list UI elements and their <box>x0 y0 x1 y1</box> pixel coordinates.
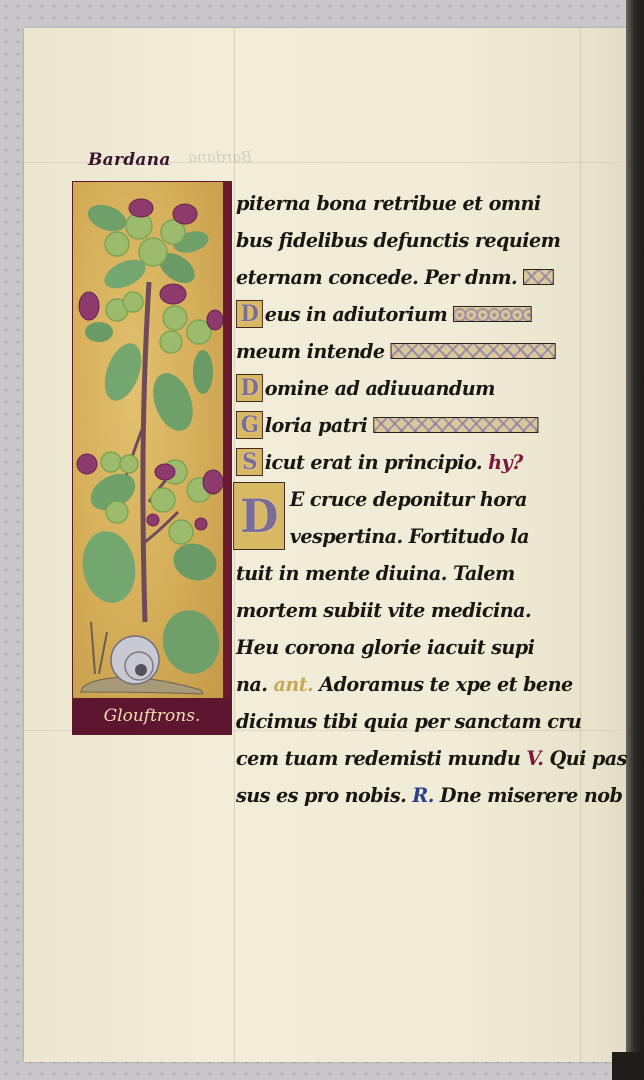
line-text: omine ad adiuuandum <box>265 376 495 400</box>
text-line: Domine ad adiuuandum <box>236 369 572 406</box>
text-line: bus fidelibus defunctis requiem <box>236 221 572 258</box>
line-filler-ornament <box>453 306 532 322</box>
text-line: Deus in adiutorium <box>236 295 572 332</box>
line-filler-ornament <box>373 417 538 433</box>
line-text: na. <box>236 672 267 696</box>
line-text: dicimus tibi quia per sanctam cru <box>236 709 581 733</box>
rubric-antiphon-marker: ant. <box>273 672 313 696</box>
line-text: bus fidelibus defunctis requiem <box>236 228 560 252</box>
line-text: tuit in mente diuina. Talem <box>236 561 515 585</box>
book-binding-gutter <box>626 0 644 1080</box>
rubric-hymn-marker: hy? <box>488 450 523 474</box>
line-text: meum intende <box>236 339 385 363</box>
botanical-illumination: Glouftrons. <box>72 181 232 735</box>
illuminated-initial: S <box>236 448 263 476</box>
illuminated-initial: G <box>236 411 263 439</box>
maroon-border <box>223 182 231 698</box>
line-text: eternam concede. Per dnm. <box>236 265 517 289</box>
text-line: Sicut erat in principio. hy? <box>236 443 572 480</box>
line-text: eus in adiutorium <box>265 302 447 326</box>
line-text: loria patri <box>265 413 367 437</box>
plant-caption-bar: Glouftrons. <box>73 698 231 734</box>
text-line: Heu corona glorie iacuit supi <box>236 628 572 665</box>
text-line: DE cruce deponitur hora <box>236 480 572 517</box>
line-text: cem tuam redemisti mundu <box>236 746 520 770</box>
line-filler-ornament <box>523 269 554 285</box>
text-line: meum intende <box>236 332 572 369</box>
line-text: Adoramus te xpe et bene <box>319 672 572 696</box>
plant-caption: Glouftrons. <box>104 706 201 726</box>
line-text: icut erat in principio. <box>265 450 482 474</box>
text-line: mortem subiit vite medicina. <box>236 591 572 628</box>
text-line: piterna bona retribue et omni <box>236 184 572 221</box>
offset-ghost-text: Bardana <box>188 148 252 166</box>
text-line: Gloria patri <box>236 406 572 443</box>
line-filler-ornament <box>390 343 555 359</box>
line-text: E cruce deponitur hora <box>290 487 527 511</box>
illuminated-initial: D <box>236 300 263 328</box>
manuscript-text-block: piterna bona retribue et omni bus fideli… <box>236 184 586 813</box>
text-line: tuit in mente diuina. Talem <box>236 554 572 591</box>
line-text: Qui pas <box>550 746 627 770</box>
text-line: cem tuam redemisti mundu V. Qui pas <box>236 739 572 776</box>
line-text: sus es pro nobis. <box>236 783 406 807</box>
text-line: dicimus tibi quia per sanctam cru <box>236 702 572 739</box>
rubric-versicle-marker: V. <box>526 746 543 770</box>
gold-ground-panel <box>73 182 223 698</box>
line-text: Heu corona glorie iacuit supi <box>236 635 534 659</box>
text-line: vespertina. Fortitudo la <box>236 517 572 554</box>
line-text: piterna bona retribue et omni <box>236 191 541 215</box>
illuminated-initial: D <box>236 374 263 402</box>
text-line: sus es pro nobis. R. Dne miserere nob <box>236 776 572 813</box>
plant-label-top: Bardana <box>88 150 171 170</box>
text-line: eternam concede. Per dnm. <box>236 258 572 295</box>
book-binding-corner <box>612 1052 644 1080</box>
text-line: na. ant. Adoramus te xpe et bene <box>236 665 572 702</box>
line-text: vespertina. Fortitudo la <box>290 524 529 548</box>
snail-illustration <box>73 182 223 698</box>
line-text: mortem subiit vite medicina. <box>236 598 531 622</box>
line-text: Dne miserere nob <box>440 783 622 807</box>
rubric-response-marker: R. <box>412 783 433 807</box>
